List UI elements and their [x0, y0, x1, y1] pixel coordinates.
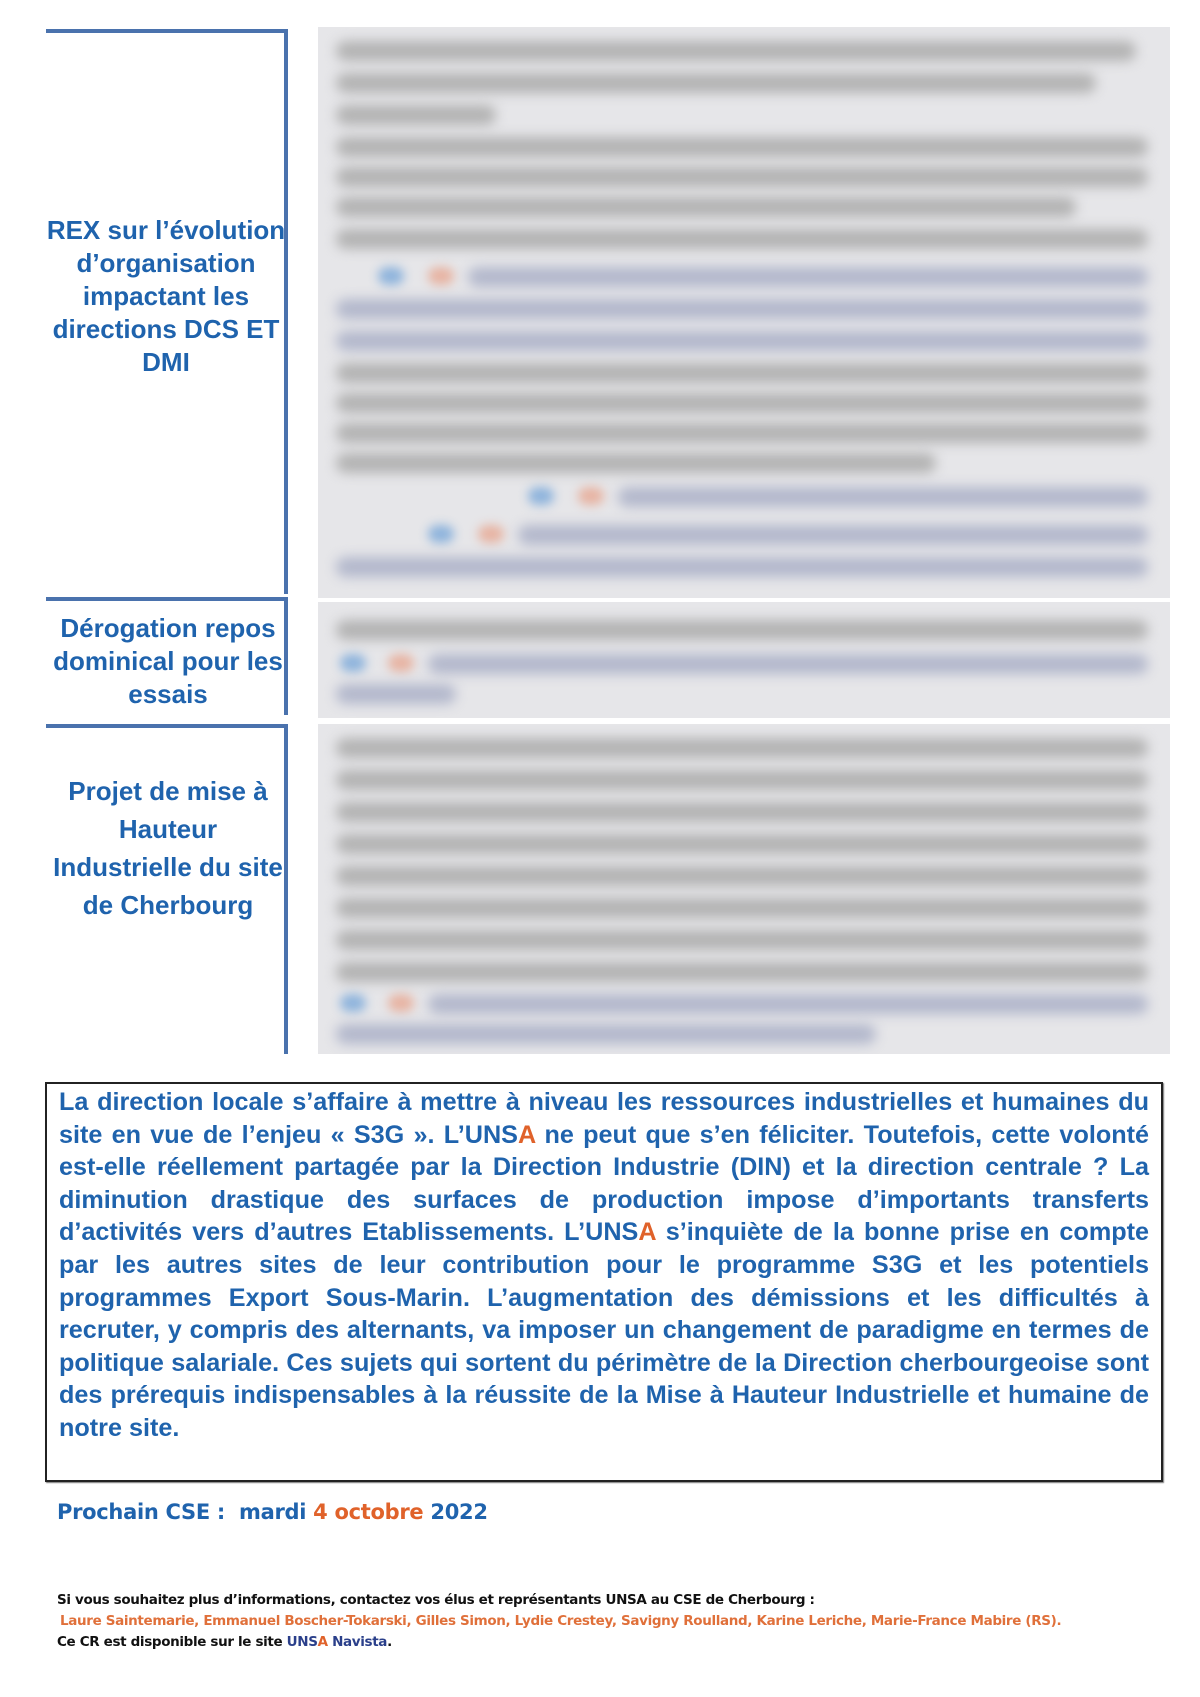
- section-title-derogation: Dérogation repos dominical pour les essa…: [50, 612, 286, 711]
- section-title-projet-hauteur: Projet de mise à Hauteur Industrielle du…: [50, 772, 286, 924]
- footer-representatives: Laure Saintemarie, Emmanuel Boscher-Toka…: [57, 1611, 1061, 1632]
- section-divider: [46, 724, 288, 728]
- section-divider: [46, 29, 288, 33]
- section-divider: [46, 597, 288, 601]
- footer-contact: Si vous souhaitez plus d’informations, c…: [57, 1590, 1061, 1653]
- section-content-rex-redacted: [318, 27, 1170, 598]
- section-content-projet-redacted: [318, 724, 1170, 1054]
- summary-paragraph: La direction locale s’affaire à mettre à…: [59, 1086, 1149, 1445]
- unsa-a-highlight: A: [518, 1121, 535, 1149]
- footer-availability: Ce CR est disponible sur le site UNSA Na…: [57, 1632, 1061, 1653]
- section-content-derogation-redacted: [318, 602, 1170, 718]
- footer-intro: Si vous souhaitez plus d’informations, c…: [57, 1590, 1061, 1611]
- next-cse-date: Prochain CSE : mardi 4 octobre 2022: [57, 1500, 488, 1524]
- section-title-rex: REX sur l’évolution d’organisation impac…: [46, 214, 286, 379]
- summary-box: La direction locale s’affaire à mettre à…: [45, 1082, 1163, 1482]
- unsa-a-highlight: A: [638, 1218, 655, 1246]
